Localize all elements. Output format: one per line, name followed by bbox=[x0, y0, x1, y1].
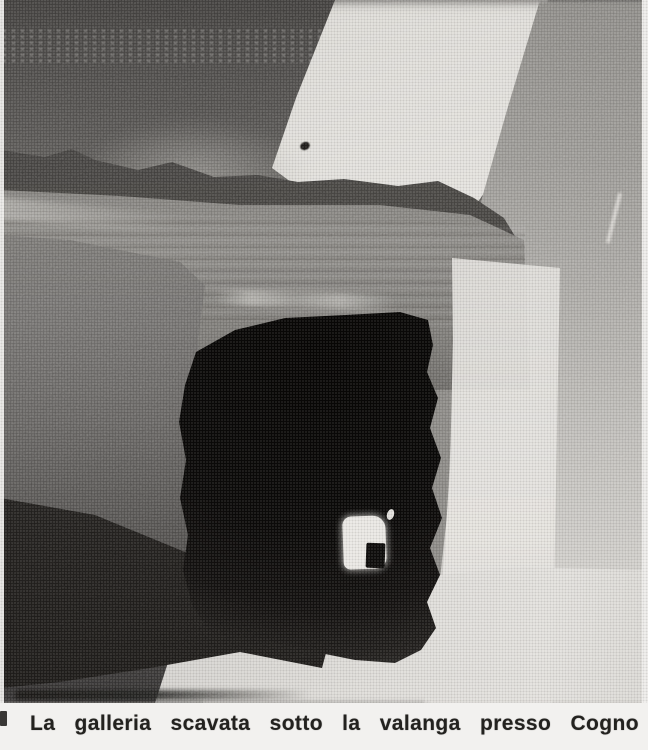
avalanche-tunnel-photo bbox=[0, 0, 648, 703]
halftone-dot-screen-light bbox=[0, 0, 648, 703]
photo-caption: La galleria scavata sotto la valanga pre… bbox=[0, 703, 648, 736]
adjacent-column-artifact bbox=[0, 711, 7, 726]
newspaper-clipping-page: La galleria scavata sotto la valanga pre… bbox=[0, 0, 648, 750]
caption-strip: La galleria scavata sotto la valanga pre… bbox=[0, 703, 648, 750]
